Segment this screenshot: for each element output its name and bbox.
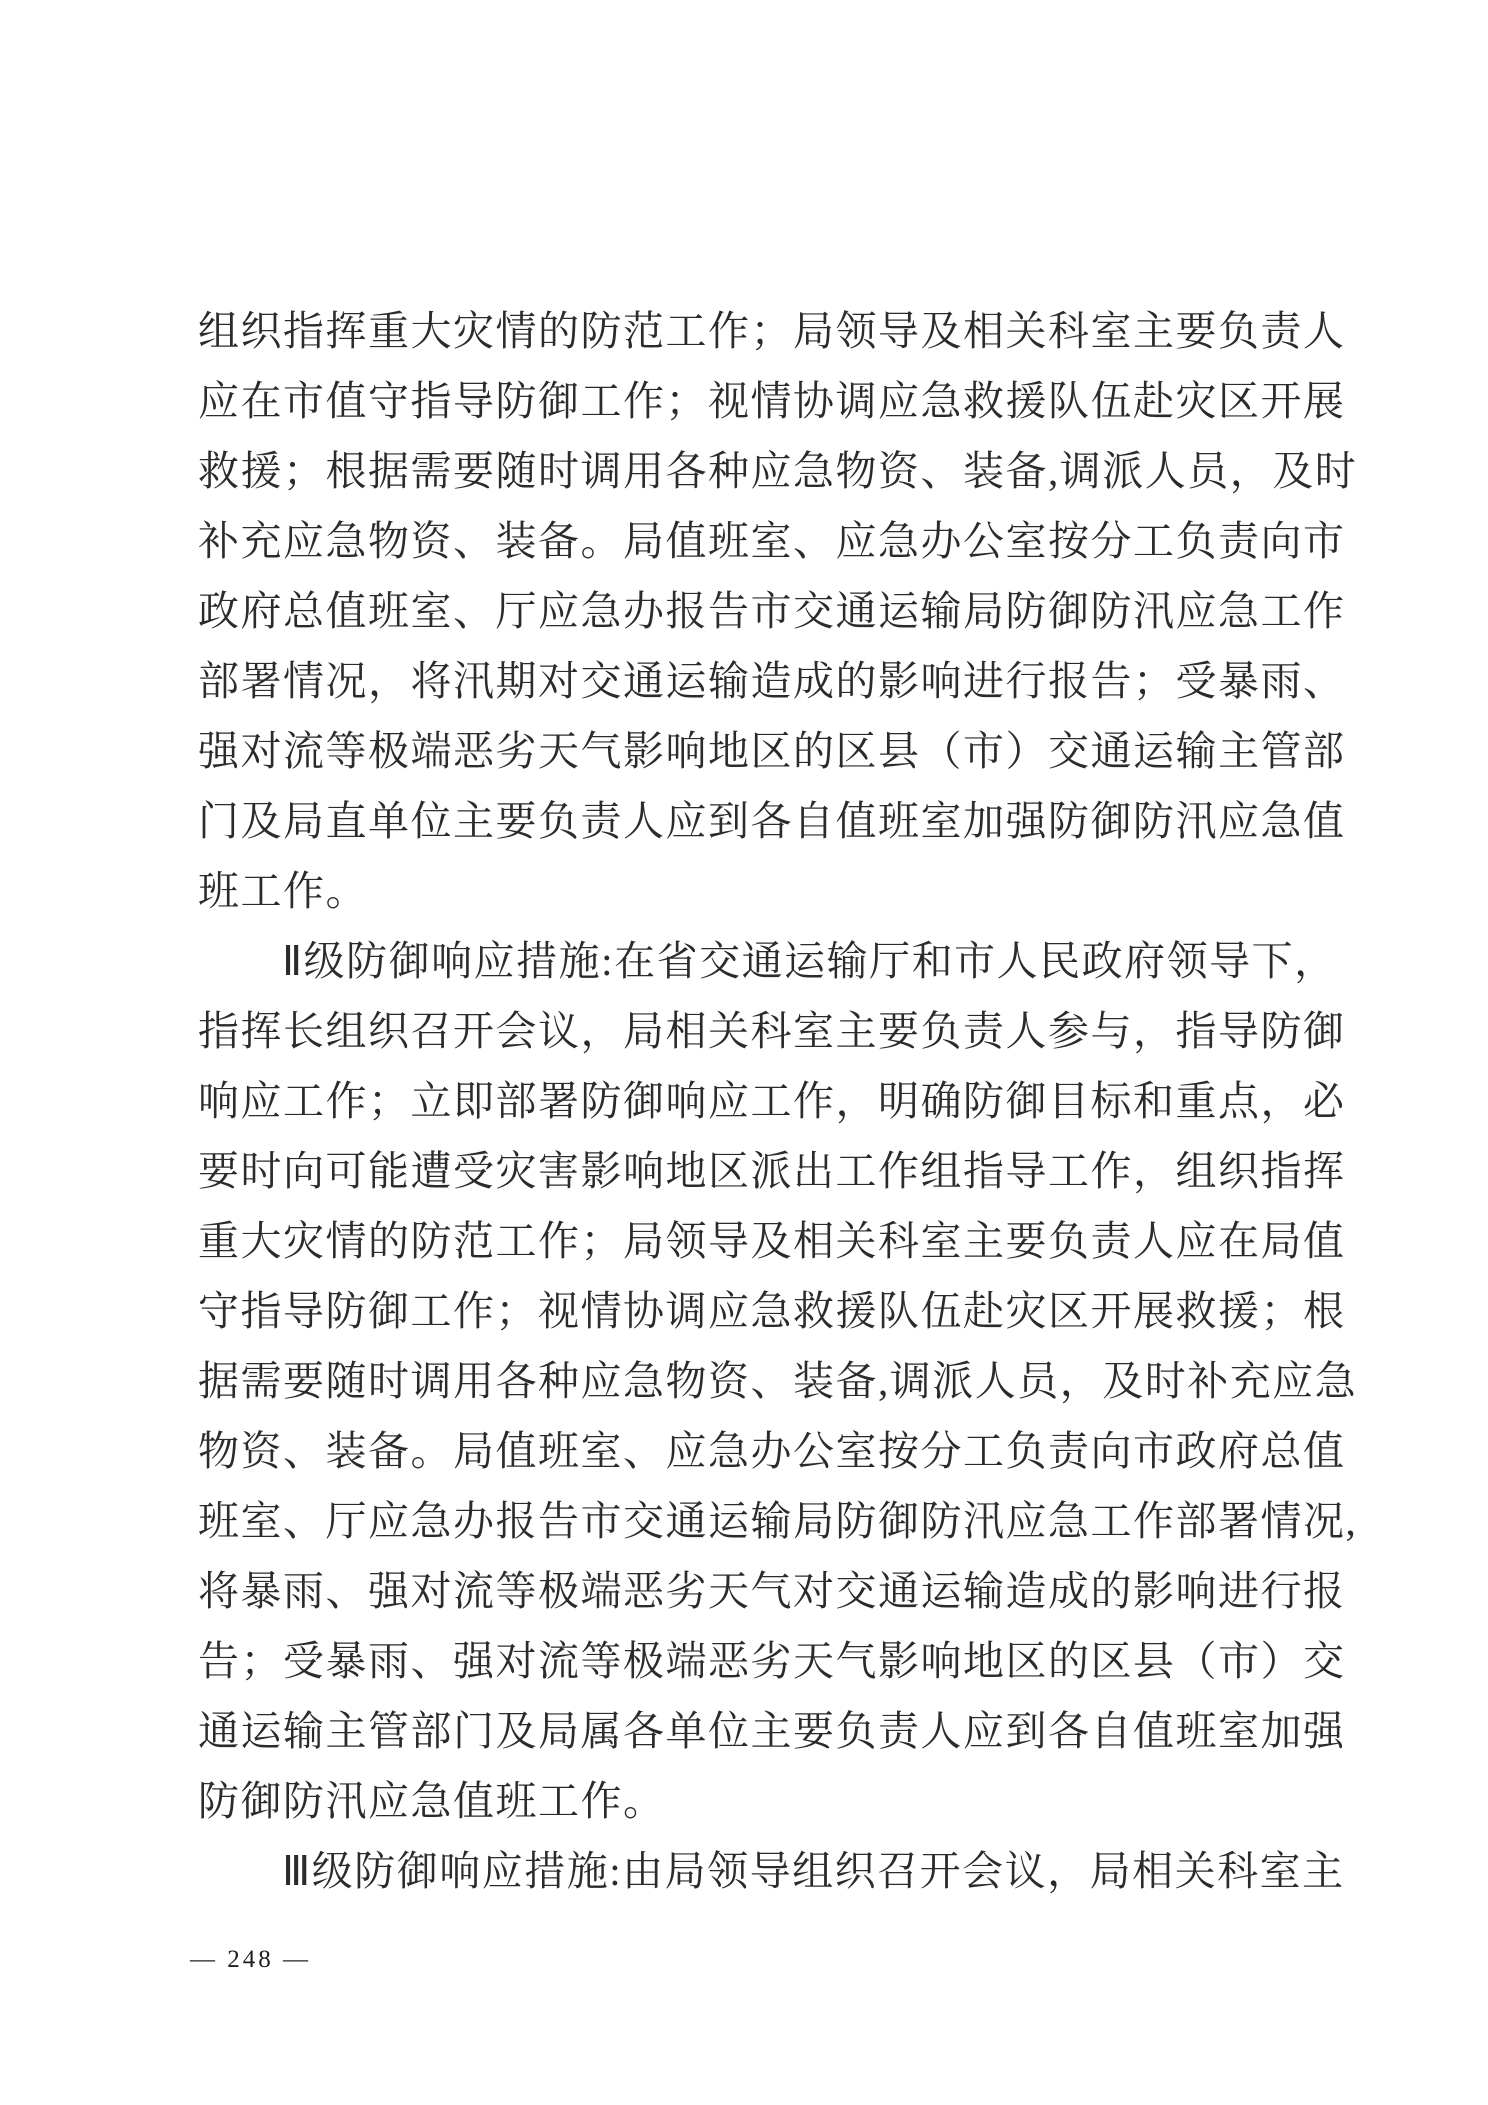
text-line: 指挥长组织召开会议，局相关科室主要负责人参与，指导防御 — [198, 996, 1338, 1066]
text-line: 响应工作；立即部署防御响应工作，明确防御目标和重点，必 — [198, 1066, 1338, 1136]
text-line: 重大灾情的防范工作；局领导及相关科室主要负责人应在局值 — [198, 1206, 1338, 1276]
text-line: 补充应急物资、装备。局值班室、应急办公室按分工负责向市 — [198, 506, 1338, 576]
text-line: 强对流等极端恶劣天气影响地区的区县（市）交通运输主管部 — [198, 716, 1338, 786]
document-page: 组织指挥重大灾情的防范工作；局领导及相关科室主要负责人应在市值守指导防御工作；视… — [0, 0, 1488, 2105]
text-line: 政府总值班室、厅应急办报告市交通运输局防御防汛应急工作 — [198, 576, 1338, 646]
text-line: 救援；根据需要随时调用各种应急物资、装备,调派人员，及时 — [198, 436, 1338, 506]
text-line: 应在市值守指导防御工作；视情协调应急救援队伍赴灾区开展 — [198, 366, 1338, 436]
page-number: — 248 — — [190, 1946, 311, 1974]
text-line: 防御防汛应急值班工作。 — [198, 1766, 1338, 1836]
text-block: 组织指挥重大灾情的防范工作；局领导及相关科室主要负责人应在市值守指导防御工作；视… — [198, 296, 1338, 1906]
text-line: 物资、装备。局值班室、应急办公室按分工负责向市政府总值 — [198, 1416, 1338, 1486]
text-line: 守指导防御工作；视情协调应急救援队伍赴灾区开展救援；根 — [198, 1276, 1338, 1346]
text-line: 通运输主管部门及局属各单位主要负责人应到各自值班室加强 — [198, 1696, 1338, 1766]
text-line: Ⅱ级防御响应措施:在省交通运输厅和市人民政府领导下， — [198, 926, 1338, 996]
text-line: 班室、厅应急办报告市交通运输局防御防汛应急工作部署情况, — [198, 1486, 1338, 1556]
text-line: Ⅲ级防御响应措施:由局领导组织召开会议，局相关科室主 — [198, 1836, 1338, 1906]
text-line: 部署情况，将汛期对交通运输造成的影响进行报告；受暴雨、 — [198, 646, 1338, 716]
text-line: 要时向可能遭受灾害影响地区派出工作组指导工作，组织指挥 — [198, 1136, 1338, 1206]
text-line: 门及局直单位主要负责人应到各自值班室加强防御防汛应急值 — [198, 786, 1338, 856]
text-line: 组织指挥重大灾情的防范工作；局领导及相关科室主要负责人 — [198, 296, 1338, 366]
text-line: 告；受暴雨、强对流等极端恶劣天气影响地区的区县（市）交 — [198, 1626, 1338, 1696]
text-line: 将暴雨、强对流等极端恶劣天气对交通运输造成的影响进行报 — [198, 1556, 1338, 1626]
text-line: 班工作。 — [198, 856, 1338, 926]
text-line: 据需要随时调用各种应急物资、装备,调派人员，及时补充应急 — [198, 1346, 1338, 1416]
